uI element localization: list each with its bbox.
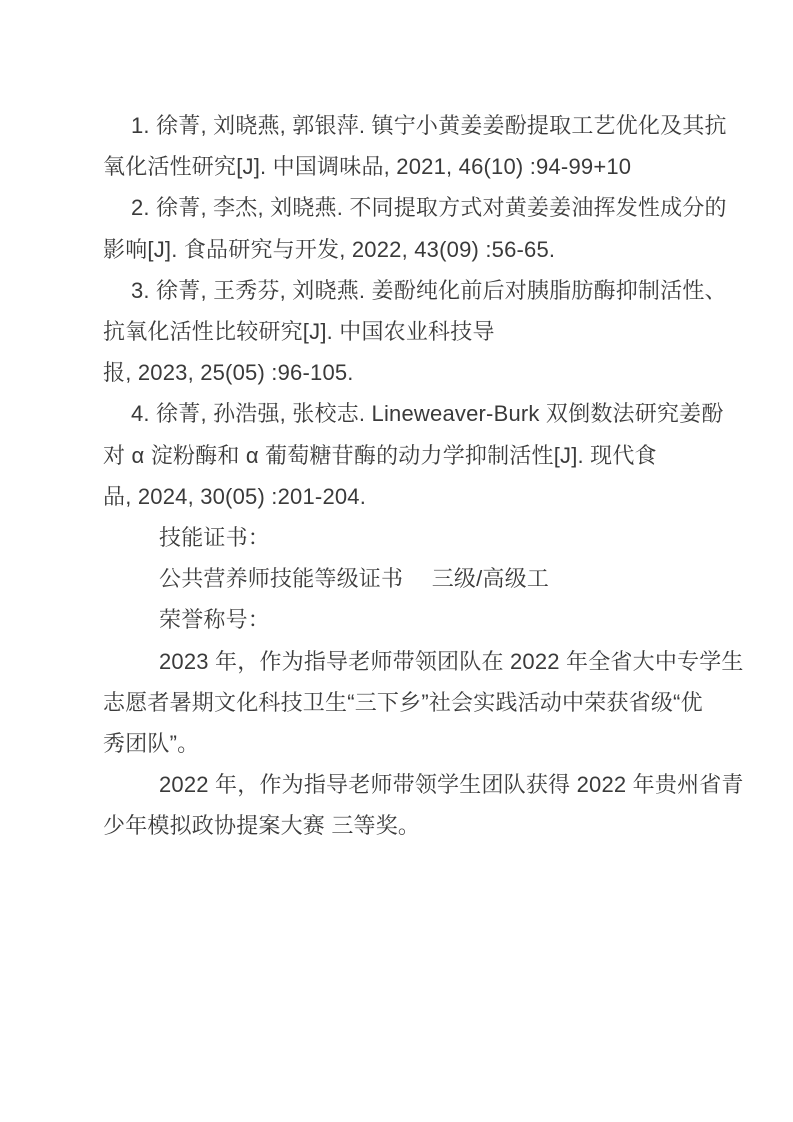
citation-3-line-3: 报, 2023, 25(05) :96-105. xyxy=(103,352,703,393)
honor-2023-line-2: 志愿者暑期文化科技卫生“三下乡”社会实践活动中荣获省级“优 xyxy=(103,682,703,723)
skill-certificate-heading: 技能证书： xyxy=(103,517,703,558)
honor-title-heading: 荣誉称号： xyxy=(103,599,703,640)
citation-2-line-1: 2. 徐菁, 李杰, 刘晓燕. 不同提取方式对黄姜姜油挥发性成分的 xyxy=(103,187,703,228)
citation-1-line-2: 氧化活性研究[J]. 中国调味品, 2021, 46(10) :94-99+10 xyxy=(103,146,703,187)
citation-2-line-2: 影响[J]. 食品研究与开发, 2022, 43(09) :56-65. xyxy=(103,229,703,270)
citation-4-line-2: 对 α 淀粉酶和 α 葡萄糖苷酶的动力学抑制活性[J]. 现代食 xyxy=(103,435,703,476)
text-block: 1. 徐菁, 刘晓燕, 郭银萍. 镇宁小黄姜姜酚提取工艺优化及其抗 氧化活性研究… xyxy=(103,105,703,847)
citation-3-line-1: 3. 徐菁, 王秀芬, 刘晓燕. 姜酚纯化前后对胰脂肪酶抑制活性、 xyxy=(103,270,703,311)
honor-2022-line-2: 少年模拟政协提案大赛 三等奖。 xyxy=(103,805,703,846)
citation-4-line-3: 品, 2024, 30(05) :201-204. xyxy=(103,476,703,517)
honor-2022-line-1: 2022 年，作为指导老师带领学生团队获得 2022 年贵州省青 xyxy=(103,764,703,805)
document-page: 1. 徐菁, 刘晓燕, 郭银萍. 镇宁小黄姜姜酚提取工艺优化及其抗 氧化活性研究… xyxy=(0,0,793,1122)
skill-certificate-item: 公共营养师技能等级证书 三级/高级工 xyxy=(103,558,703,599)
citation-1-line-1: 1. 徐菁, 刘晓燕, 郭银萍. 镇宁小黄姜姜酚提取工艺优化及其抗 xyxy=(103,105,703,146)
honor-2023-line-3: 秀团队”。 xyxy=(103,723,703,764)
citation-4-line-1: 4. 徐菁, 孙浩强, 张校志. Lineweaver-Burk 双倒数法研究姜… xyxy=(103,393,703,434)
honor-2023-line-1: 2023 年，作为指导老师带领团队在 2022 年全省大中专学生 xyxy=(103,641,703,682)
citation-3-line-2: 抗氧化活性比较研究[J]. 中国农业科技导 xyxy=(103,311,703,352)
